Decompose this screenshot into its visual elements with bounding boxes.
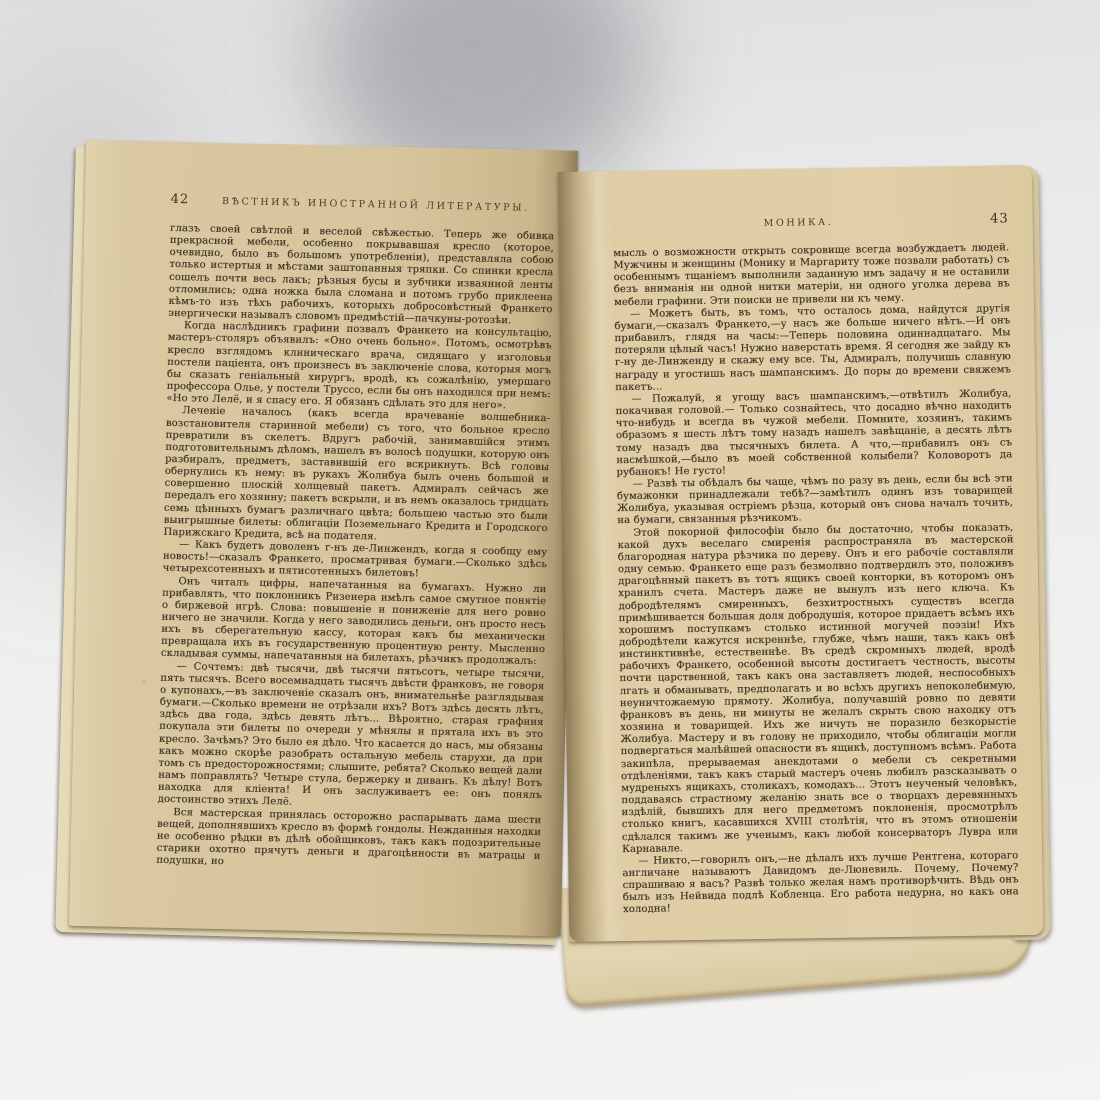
page-number-43: 43 — [990, 211, 1009, 226]
paragraph: — Пожалуй, я угощу васъ шампанскимъ,—отв… — [615, 388, 1012, 479]
book-photo: 42 ВѢСТНИКЪ ИНОСТРАННОЙ ЛИТЕРАТУРЫ. глаз… — [0, 0, 1100, 1100]
paragraph: — Можетъ быть, въ томъ, что осталось дом… — [614, 303, 1011, 394]
running-head-left: 42 ВѢСТНИКЪ ИНОСТРАННОЙ ЛИТЕРАТУРЫ. — [171, 192, 555, 215]
paragraph: Когда наслѣдникъ графини позвалъ Франкет… — [166, 320, 552, 413]
paragraph: Леченіе началось (какъ всегда врачеваніе… — [163, 405, 550, 547]
book-page-left: 42 ВѢСТНИКЪ ИНОСТРАННОЙ ЛИТЕРАТУРЫ. глаз… — [69, 140, 578, 937]
page-number-42: 42 — [171, 192, 190, 207]
running-header-title: МОНИКА. — [613, 215, 991, 232]
paragraph: — Никто,—говорилъ онъ,—не дѣлалъ ихъ луч… — [622, 850, 1019, 917]
paragraph: — Развѣ ты обѣдалъ бы чаще, чѣмъ по разу… — [617, 473, 1014, 527]
paragraph: глазъ своей свѣтлой и веселой свѣжестью.… — [168, 223, 554, 329]
page-42-text: глазъ своей свѣтлой и веселой свѣжестью.… — [156, 223, 554, 876]
running-head-right: МОНИКА. 43 — [613, 211, 1009, 232]
book-page-right: МОНИКА. 43 мысль о возможности открыть с… — [558, 165, 1043, 942]
running-header-title: ВѢСТНИКЪ ИНОСТРАННОЙ ЛИТЕРАТУРЫ. — [189, 195, 555, 214]
page-43-text: мысль о возможности открыть сокровище вс… — [613, 242, 1019, 916]
paragraph: — Сочтемъ: двѣ тысячи, двѣ тысячи пятьсо… — [157, 660, 544, 814]
paragraph: мысль о возможности открыть сокровище вс… — [613, 242, 1010, 309]
paragraph: Вся мастерская принялась осторожно распа… — [156, 806, 541, 875]
paragraph: Онъ читалъ цифры, напечатанныя на бумага… — [161, 575, 547, 668]
paragraph: Этой покорной философіи было бы достаточ… — [617, 522, 1018, 856]
